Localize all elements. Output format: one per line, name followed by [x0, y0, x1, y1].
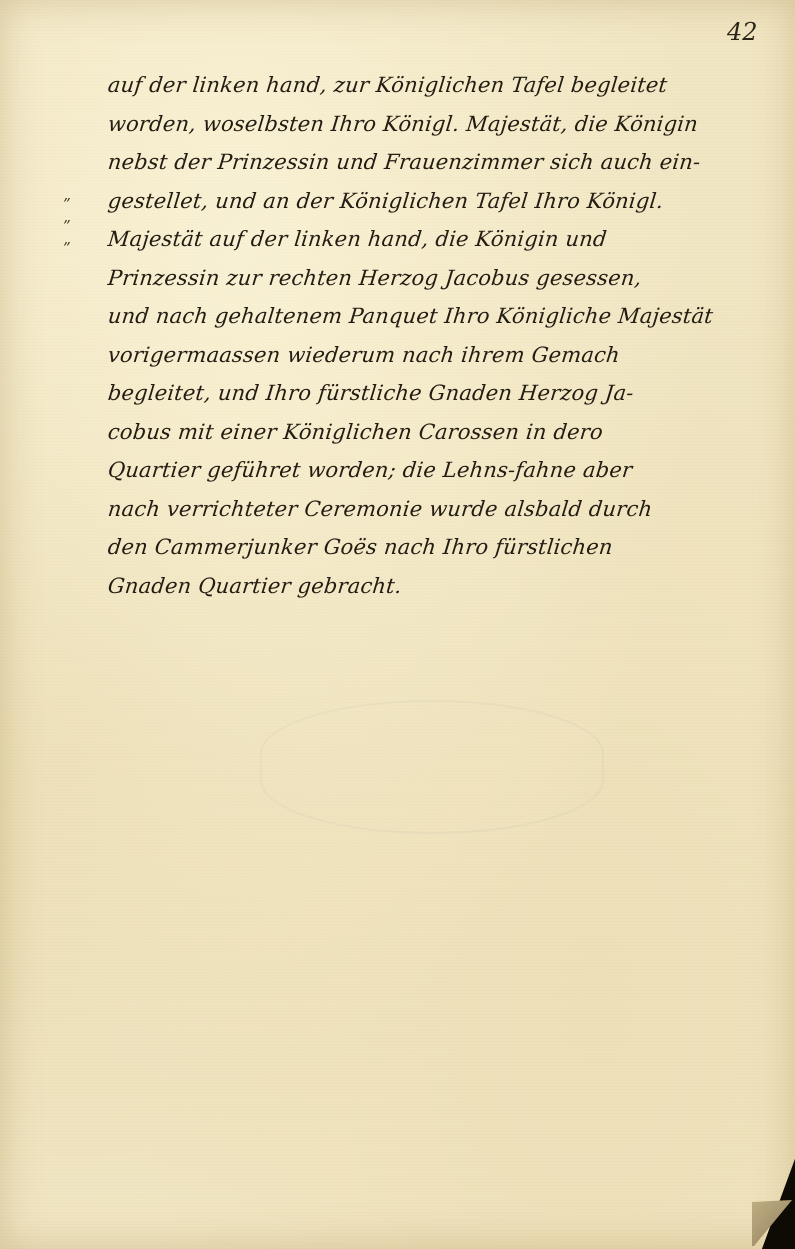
text-line: cobus mit einer Königlichen Carossen in …	[106, 413, 780, 452]
handwritten-text-block: auf der linken hand, zur Königlichen Taf…	[108, 66, 778, 605]
text-line: den Cammerjunker Goës nach Ihro fürstlic…	[106, 528, 780, 567]
text-line: worden, woselbsten Ihro Königl. Majestät…	[106, 105, 780, 144]
manuscript-page: 42 ” ” ” auf der linken hand, zur Königl…	[0, 0, 795, 1249]
text-line: vorigermaassen wiederum nach ihrem Gemac…	[106, 336, 780, 375]
text-line: Quartier geführet worden; die Lehns-fahn…	[106, 451, 780, 490]
margin-mark: ”	[63, 217, 71, 239]
text-line: Gnaden Quartier gebracht.	[106, 567, 780, 606]
text-line: und nach gehaltenem Panquet Ihro Königli…	[106, 297, 780, 336]
text-line: Prinzessin zur rechten Herzog Jacobus ge…	[106, 259, 780, 298]
text-line: gestellet, und an der Königlichen Tafel …	[106, 182, 780, 221]
text-line: Majestät auf der linken hand, die Königi…	[106, 220, 780, 259]
text-line: nach verrichteter Ceremonie wurde alsbal…	[106, 490, 780, 529]
page-number: 42	[727, 18, 758, 46]
text-line: nebst der Prinzessin und Frauenzimmer si…	[106, 143, 780, 182]
margin-marks: ” ” ”	[63, 195, 71, 261]
text-line: begleitet, und Ihro fürstliche Gnaden He…	[106, 374, 780, 413]
margin-mark: ”	[63, 195, 71, 217]
paper-watermark	[260, 700, 604, 834]
margin-mark: ”	[63, 239, 71, 261]
text-line: auf der linken hand, zur Königlichen Taf…	[106, 66, 780, 105]
